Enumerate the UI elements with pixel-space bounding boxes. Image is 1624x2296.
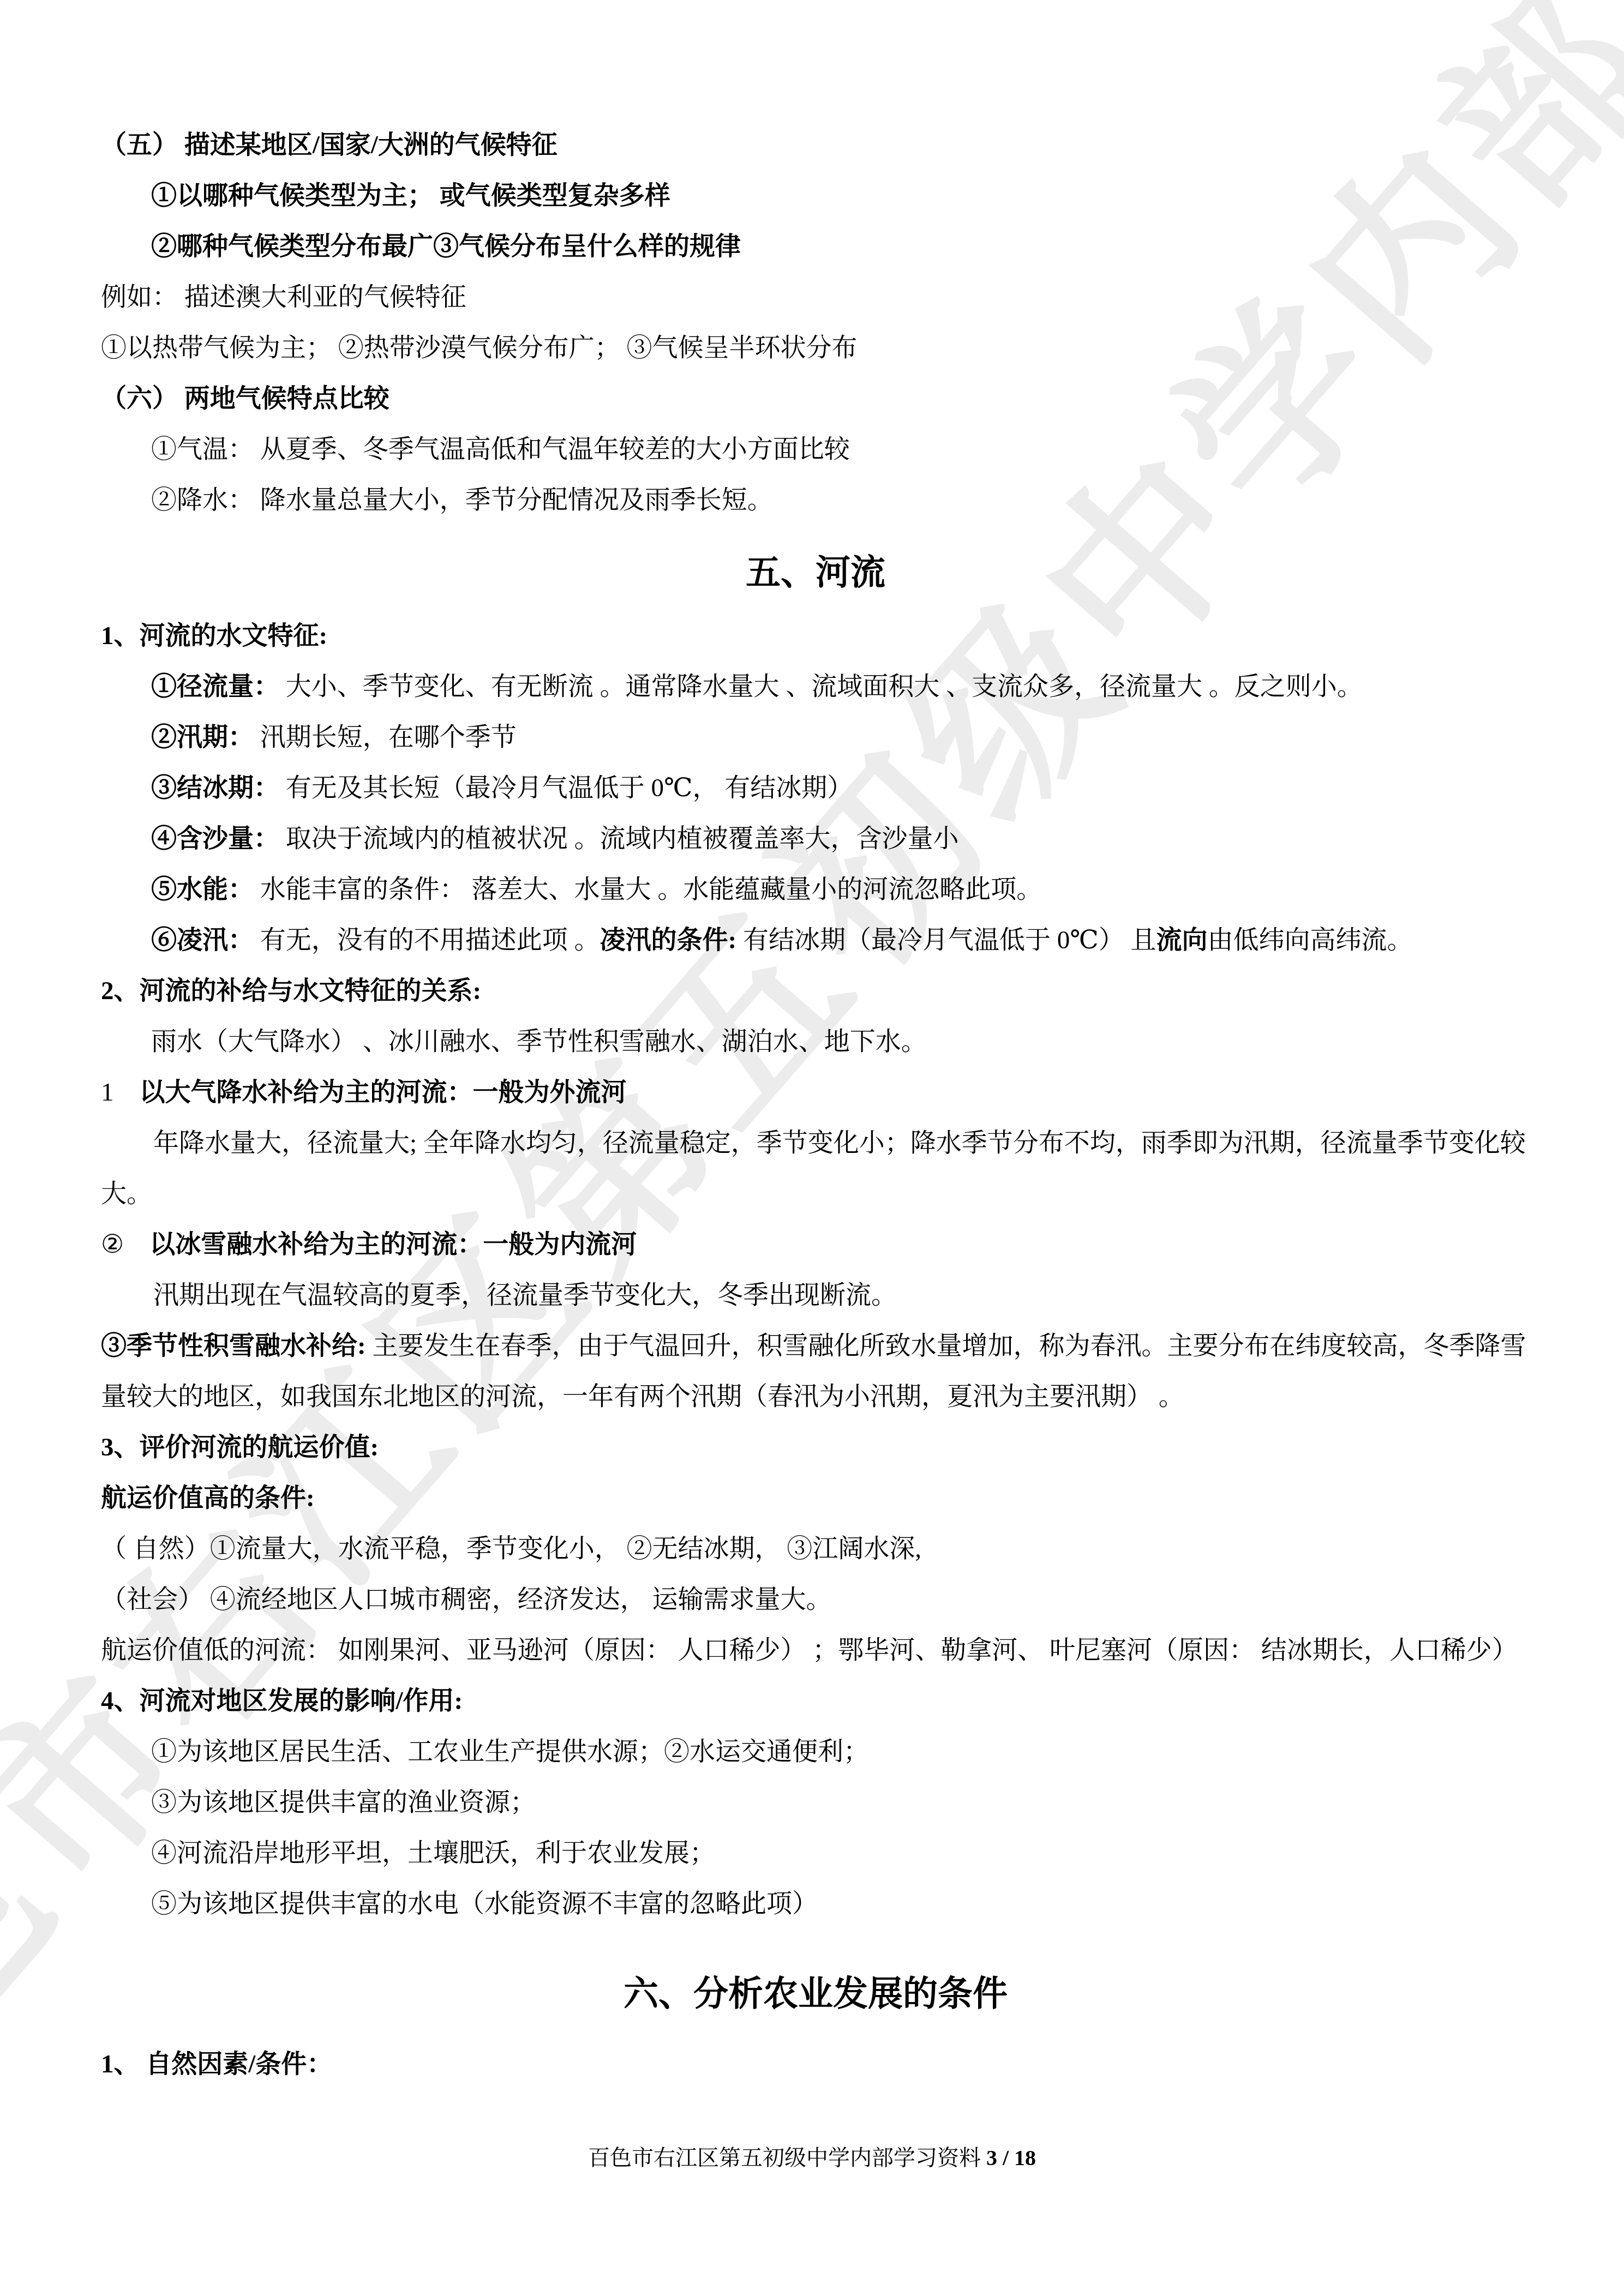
text-line: ②降水： 降水量总量大小，季节分配情况及雨季长短。 <box>101 475 1530 526</box>
text-segment: ④河流沿岸地形平坦，土壤肥沃，利于农业发展； <box>151 1839 715 1867</box>
text-line: 雨水（大气降水） 、冰川融水、季节性积雪融水、湖泊水、地下水。 <box>101 1017 1530 1067</box>
text-segment: 雨水（大气降水） 、冰川融水、季节性积雪融水、湖泊水、地下水。 <box>151 1027 927 1056</box>
text-segment: 汛期出现在气温较高的夏季，径流量季节变化大，冬季出现断流。 <box>153 1281 897 1309</box>
text-line: （五） 描述某地区/国家/大洲的气候特征 <box>101 120 1530 171</box>
text-segment: 1、河流的水文特征: <box>101 622 327 650</box>
text-segment: ⑤水能： <box>151 875 254 904</box>
text-segment: ②降水： 降水量总量大小，季节分配情况及雨季长短。 <box>151 486 773 514</box>
text-segment: ⑤为该地区提供丰富的水电（水能资源不丰富的忽略此项） <box>151 1890 818 1918</box>
text-line: （ 自然）①流量大，水流平稳，季节变化小， ②无结冰期， ③江阔水深, <box>101 1524 1530 1574</box>
text-segment: ⑥凌汛： <box>151 926 254 954</box>
text-segment: 年降水量大，径流量大; 全年降水均匀，径流量稳定，季节变化小；降水季节分布不均，… <box>101 1129 1526 1208</box>
text-line: 1 以大气降水补给为主的河流：一般为外流河 <box>101 1067 1530 1118</box>
text-line: 航运价值低的河流： 如刚果河、亚马逊河（原因： 人口稀少） ；鄂毕河、勒拿河、 … <box>101 1625 1530 1676</box>
text-segment: 取决于流域内的植被状况 。流域内植被覆盖率大，含沙量小 <box>279 825 959 853</box>
text-segment: ②汛期： <box>151 723 254 752</box>
text-line: ③结冰期： 有无及其长短（最冷月气温低于 0℃， 有结冰期） <box>101 763 1530 814</box>
text-segment: 例如： 描述澳大利亚的气候特征 <box>101 283 466 311</box>
text-segment: 有无，没有的不用描述此项 。 <box>254 926 600 954</box>
text-line: 年降水量大，径流量大; 全年降水均匀，径流量稳定，季节变化小；降水季节分布不均，… <box>101 1118 1530 1219</box>
text-line: ①径流量： 大小、季节变化、有无断流 。通常降水量大 、流域面积大 、支流众多，… <box>101 662 1530 712</box>
text-line: ②汛期： 汛期长短，在哪个季节 <box>101 712 1530 763</box>
text-segment: 大小、季节变化、有无断流 。通常降水量大 、流域面积大 、支流众多，径流量大 。… <box>279 672 1363 701</box>
text-segment: 1 <box>101 1078 114 1107</box>
footer-text: 百色市右江区第五初级中学内部学习资料 <box>588 2145 986 2170</box>
document-page: { "page": { "background": "#ffffff", "te… <box>0 0 1624 2296</box>
text-line: ② 以冰雪融水补给为主的河流：一般为内流河 <box>101 1219 1530 1270</box>
text-line: 汛期出现在气温较高的夏季，径流量季节变化大，冬季出现断流。 <box>101 1270 1530 1321</box>
text-segment: （ 自然）①流量大，水流平稳，季节变化小， ②无结冰期， ③江阔水深, <box>101 1535 921 1563</box>
text-line: 例如： 描述澳大利亚的气候特征 <box>101 272 1530 323</box>
text-segment: ③结冰期： <box>151 774 279 802</box>
text-segment: 航运价值高的条件: <box>101 1484 315 1512</box>
text-segment: 有无及其长短（最冷月气温低于 0℃， 有结冰期） <box>279 774 853 802</box>
text-segment: ④含沙量： <box>151 825 279 853</box>
text-segment: ①径流量： <box>151 672 279 701</box>
text-line: 1、 自然因素/条件： <box>101 2039 1530 2090</box>
text-line: ⑤水能： 水能丰富的条件： 落差大、水量大 。水能蕴藏量小的河流忽略此项。 <box>101 864 1530 915</box>
text-segment: ③为该地区提供丰富的渔业资源； <box>151 1788 536 1817</box>
text-segment: （六） 两地气候特点比较 <box>101 384 389 413</box>
text-line: 4、河流对地区发展的影响/作用: <box>101 1676 1530 1727</box>
text-segment: （社会） ④流经地区人口城市稠密，经济发达， 运输需求量大。 <box>101 1585 832 1614</box>
text-line: ①气温： 从夏季、冬季气温高低和气温年较差的大小方面比较 <box>101 424 1530 475</box>
text-segment: 1、 自然因素/条件： <box>101 2050 332 2078</box>
text-segment: 六、分析农业发展的条件 <box>624 1974 1008 2013</box>
text-segment: 凌汛的条件: <box>600 926 737 954</box>
text-segment: ③季节性积雪融水补给: <box>101 1332 366 1360</box>
text-line: ⑥凌汛： 有无，没有的不用描述此项 。凌汛的条件: 有结冰期（最冷月气温低于 0… <box>101 915 1530 966</box>
text-line: ①为该地区居民生活、工农业生产提供水源；②水运交通便利； <box>101 1727 1530 1777</box>
text-line: ②哪种气候类型分布最广③气候分布呈什么样的规律 <box>101 221 1530 272</box>
text-line: 1、河流的水文特征: <box>101 611 1530 662</box>
text-segment: 流向 <box>1156 926 1207 954</box>
text-segment: 4、河流对地区发展的影响/作用: <box>101 1687 463 1715</box>
text-segment: 2、河流的补给与水文特征的关系: <box>101 977 481 1005</box>
text-line: ④含沙量： 取决于流域内的植被状况 。流域内植被覆盖率大，含沙量小 <box>101 814 1530 864</box>
text-segment: ②哪种气候类型分布最广③气候分布呈什么样的规律 <box>151 232 741 261</box>
text-line: 六、分析农业发展的条件 <box>101 1960 1530 2028</box>
text-segment: ①气温： 从夏季、冬季气温高低和气温年较差的大小方面比较 <box>151 435 850 464</box>
text-line: 2、河流的补给与水文特征的关系: <box>101 966 1530 1017</box>
text-line: （六） 两地气候特点比较 <box>101 374 1530 424</box>
text-line: ⑤为该地区提供丰富的水电（水能资源不丰富的忽略此项） <box>101 1879 1530 1930</box>
text-segment: 汛期长短，在哪个季节 <box>254 723 517 752</box>
text-segment: 以冰雪融水补给为主的河流：一般为内流河 <box>124 1230 637 1259</box>
text-segment: 五、河流 <box>746 553 885 592</box>
text-line: （社会） ④流经地区人口城市稠密，经济发达， 运输需求量大。 <box>101 1574 1530 1625</box>
text-line: ④河流沿岸地形平坦，土壤肥沃，利于农业发展； <box>101 1828 1530 1879</box>
text-line: 航运价值高的条件: <box>101 1473 1530 1524</box>
text-line: 3、评价河流的航运价值: <box>101 1422 1530 1473</box>
text-segment: ①为该地区居民生活、工农业生产提供水源；②水运交通便利； <box>151 1738 869 1766</box>
text-segment: ①以哪种气候类型为主； 或气候类型复杂多样 <box>151 182 670 210</box>
page-footer: 百色市右江区第五初级中学内部学习资料 3 / 18 <box>0 2141 1624 2172</box>
text-segment: 由低纬向高纬流。 <box>1207 926 1412 954</box>
text-segment: 以大气降水补给为主的河流：一般为外流河 <box>114 1078 627 1107</box>
text-segment: 3、评价河流的航运价值: <box>101 1433 379 1462</box>
text-segment: （五） 描述某地区/国家/大洲的气候特征 <box>101 131 558 159</box>
text-segment: ①以热带气候为主； ②热带沙漠气候分布广； ③气候呈半环状分布 <box>101 334 858 362</box>
text-line: 五、河流 <box>101 542 1530 603</box>
text-line: ③为该地区提供丰富的渔业资源； <box>101 1777 1530 1828</box>
document-body: （五） 描述某地区/国家/大洲的气候特征①以哪种气候类型为主； 或气候类型复杂多… <box>101 120 1530 2090</box>
text-line: ①以哪种气候类型为主； 或气候类型复杂多样 <box>101 171 1530 221</box>
text-segment: 有结冰期（最冷月气温低于 0℃） 且 <box>736 926 1156 954</box>
text-segment: ② <box>101 1230 124 1259</box>
page-number: 3 / 18 <box>986 2145 1036 2170</box>
text-segment: 水能丰富的条件： 落差大、水量大 。水能蕴藏量小的河流忽略此项。 <box>254 875 1042 904</box>
text-line: ③季节性积雪融水补给: 主要发生在春季，由于气温回升，积雪融化所致水量增加，称为… <box>101 1321 1530 1422</box>
text-segment: 航运价值低的河流： 如刚果河、亚马逊河（原因： 人口稀少） ；鄂毕河、勒拿河、 … <box>101 1636 1518 1664</box>
text-line: ①以热带气候为主； ②热带沙漠气候分布广； ③气候呈半环状分布 <box>101 323 1530 374</box>
